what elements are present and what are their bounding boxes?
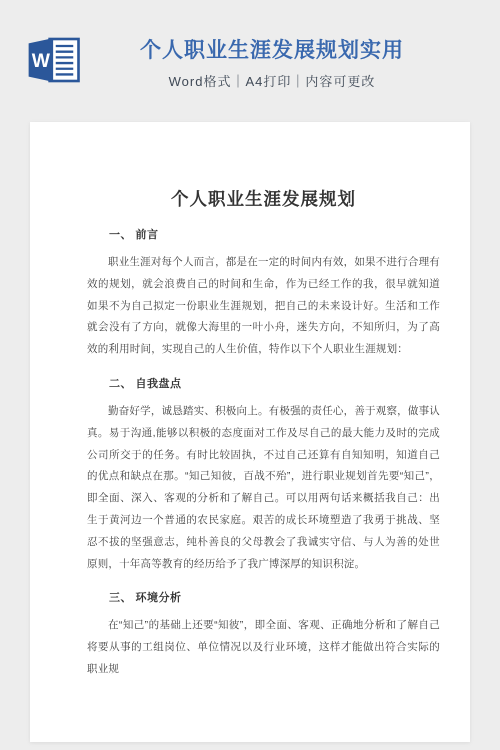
section-heading: 一、 前言 — [87, 224, 440, 246]
section-paragraph: 职业生涯对每个人而言，都是在一定的时间内有效，如果不进行合理有效的规划，就会浪费… — [87, 252, 440, 361]
section-heading: 三、 环境分析 — [87, 587, 440, 609]
section-paragraph: 勤奋好学，诚恳踏实、积极向上。有极强的责任心，善于观察，做事认真。易于沟通,能够… — [87, 401, 440, 575]
header-text: 个人职业生涯发展规划实用 Word格式｜A4打印｜内容可更改 — [0, 38, 500, 90]
template-subtitle: Word格式｜A4打印｜内容可更改 — [44, 71, 500, 90]
page: W 个人职业生涯发展规划实用 Word格式｜A4打印｜内容可更改 个人职业生涯发… — [0, 0, 500, 750]
section-environment-analysis: 三、 环境分析 在“知己”的基础上还要“知彼”，即全面、客观、正确地分析和了解自… — [87, 587, 440, 680]
template-title: 个人职业生涯发展规划实用 — [44, 38, 500, 64]
section-self-review: 二、 自我盘点 勤奋好学，诚恳踏实、积极向上。有极强的责任心，善于观察，做事认真… — [87, 373, 440, 575]
section-paragraph: 在“知己”的基础上还要“知彼”，即全面、客观、正确地分析和了解自己将要从事的工组… — [87, 615, 440, 680]
document-title: 个人职业生涯发展规划 — [87, 186, 440, 212]
document-content: 个人职业生涯发展规划 一、 前言 职业生涯对每个人而言，都是在一定的时间内有效，… — [30, 186, 470, 681]
section-foreword: 一、 前言 职业生涯对每个人而言，都是在一定的时间内有效，如果不进行合理有效的规… — [87, 224, 440, 361]
document-preview-page: 个人职业生涯发展规划 一、 前言 职业生涯对每个人而言，都是在一定的时间内有效，… — [30, 122, 470, 742]
header: W 个人职业生涯发展规划实用 Word格式｜A4打印｜内容可更改 — [0, 0, 500, 122]
section-heading: 二、 自我盘点 — [87, 373, 440, 395]
